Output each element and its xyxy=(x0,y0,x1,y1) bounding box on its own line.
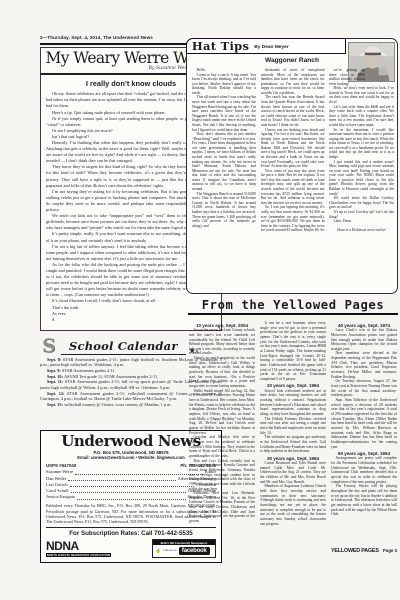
yellowed-paragraph: Wallis Smith turned 102 on Aug. 22. She … xyxy=(189,389,255,436)
yellowed-paragraph: Cassie Bouchard and Tyler Brandt were na… xyxy=(260,461,326,484)
dot-leader xyxy=(70,486,195,487)
ndna-logo: NDNA NORTH DAKOTA NEWSPAPER ASSOCIATION xyxy=(46,539,111,557)
yellowed-paragraph: Members of Augustana Lutheran Church hel… xyxy=(260,484,326,526)
yellowed-paragraph: On Tuesday afternoon, August 27, the fro… xyxy=(331,379,397,398)
yellowed-paragraph: 30 years ago, Sept. 1984 xyxy=(260,456,326,461)
yellowed-paragraph: School kids welcomed teachers are at the… xyxy=(260,389,326,417)
hat-tips-subhead: Waggoner Ranch xyxy=(217,57,367,64)
hat-tips-paragraph: Now, don’t dismiss this as just another … xyxy=(192,132,256,192)
facebook-like-label: Like us on xyxy=(163,549,177,552)
dot-leader xyxy=(77,499,186,500)
hat-tips-paragraph: I just reread this and it makes sense! M… xyxy=(329,160,394,197)
hat-tips-paragraph: So in the meantime, I would like someone… xyxy=(329,128,394,160)
yellowed-paragraph: 10 years ago, Sept. 2004 xyxy=(189,323,255,328)
yellowed-paragraph: It can be a real bummer when every singl… xyxy=(260,321,326,382)
yellowed-paragraph: Graydon and Marilyn Ash were in Dickinso… xyxy=(189,435,255,458)
hat-tips-col3: we’re getting up there close to $800 mil… xyxy=(329,68,394,292)
yellowed-col1: 10 years ago, Sept. 2004Six of the seven… xyxy=(189,321,255,559)
continuation-page-ref: Page 3 xyxy=(383,548,397,553)
hat-tips-paragraph: It’s up to you! Cowboy up! Let’s do this… xyxy=(329,210,394,219)
yellowed-paragraph: The volunteer art program got underway a… xyxy=(260,435,326,454)
yellowed-paragraph: Dan and Lori Gefroh recently had as gues… xyxy=(189,459,255,492)
ndna-logo-caption: NORTH DAKOTA NEWSPAPER ASSOCIATION xyxy=(46,553,111,557)
yellowed-paragraph: The Fairway Shows will be playing throug… xyxy=(331,484,397,517)
hat-tips-byline: By Dean Meyer xyxy=(254,42,288,50)
hat-tips-paragraph: The Waggoner Ranch is around 510,000 acr… xyxy=(192,192,256,229)
hat-tips-paragraph: I know you are shaking your heads and fi… xyxy=(261,128,325,169)
hat-tips-paragraph: Heck, we don’t even need to look. I’ve f… xyxy=(329,86,394,104)
thumbs-up-icon: ☝ xyxy=(155,548,161,554)
hat-tips-paragraph: This all started when I was watching the… xyxy=(192,95,256,132)
yellowed-paragraph: 40 years ago, Sept. 1974 xyxy=(331,323,397,328)
dot-leader xyxy=(75,474,203,475)
ndna-logo-text: NDNA xyxy=(46,539,111,553)
yellowed-paragraph: There’s so much negativity in the world … xyxy=(189,356,255,389)
yellowed-paragraph: Supt. Sam Tollefson of the Underwood sch… xyxy=(331,398,397,449)
hat-tips-paragraph: We could invite the Dallas Cowboy Cheerl… xyxy=(329,196,394,210)
hat-tips-paragraph: The ranch has won the Brenda Award from … xyxy=(261,95,325,127)
hat-tips-col2: thousands of acres of unexplored mineral… xyxy=(261,68,325,292)
continuation-tag: YELLOWED PAGES Page 3 xyxy=(331,548,397,554)
hat-tips-title: Hat Tips xyxy=(192,39,249,53)
hat-tips-paragraph: Now, some of you may shy away from the p… xyxy=(261,169,325,206)
yellowed-paragraph: Six of the seven McLean County schools m… xyxy=(189,328,255,356)
dot-leader xyxy=(71,492,186,493)
hat-tips-col1: Hello,I want to buy a ranch. A big ranch… xyxy=(192,68,256,292)
yellowed-paragraph: Larry Clark’s win at the last Dakota Mot… xyxy=(331,328,397,351)
hat-tips-header: Hat Tips By Dean Meyer xyxy=(186,38,346,54)
newspaper-page: { "colors": {"paper":"#f6f5f1","ink":"#1… xyxy=(0,0,400,600)
yellowed-pages-title: From the Yellowed Pages xyxy=(188,298,398,315)
yellowed-col3: 40 years ago, Sept. 1974Larry Clark’s wi… xyxy=(331,321,397,559)
school-emblem-icon: S xyxy=(40,337,58,355)
yellowed-paragraph: The Falkirk Farmers Elevator received ni… xyxy=(260,417,326,436)
page-folio: 2—Thursday, Sept. 4, 2014, The Underwood… xyxy=(40,35,153,40)
yellowed-col2: It can be a real bummer when every singl… xyxy=(260,321,326,559)
hat-tips-paragraph: So, I was just figuring this morning, it… xyxy=(261,205,325,232)
yellowed-paragraph: New members were elected at the Septembe… xyxy=(331,351,397,379)
school-calendar-title: School Calendar xyxy=(61,339,186,355)
yellowed-paragraph: 60 years ago, Sept. 1954 xyxy=(331,451,397,456)
yellowed-paragraph: Christiana Beil and Lou Brelandt, Bismar… xyxy=(189,491,255,524)
hat-tips-paragraph: Dean is a Dickinson area rancher xyxy=(329,228,394,232)
hat-tips-paragraph: Let’s just offer them the $600 and see i… xyxy=(329,105,394,128)
staff-name: Jessica Eastgate xyxy=(46,494,75,500)
photo-wrap-spacer xyxy=(365,68,394,83)
hat-tips-column-box: Hat Tips By Dean Meyer Waggoner Ranch He… xyxy=(186,38,398,294)
continuation-label: YELLOWED PAGES xyxy=(331,548,379,554)
hat-tips-col3-rest: Heck, we don’t even need to look. I’ve f… xyxy=(329,86,394,232)
hat-tips-paragraph: I want to buy a ranch. A big ranch. You … xyxy=(192,73,256,96)
usps-number: USPS #647040 xyxy=(46,463,76,468)
yellowed-paragraph: 20 years ago, Sept. 1994 xyxy=(260,383,326,388)
hat-tips-paragraph: thousands of acres of unexplored mineral… xyxy=(261,68,325,95)
dot-leader xyxy=(68,480,175,481)
yellowed-paragraph: Arrangements are pretty well complete fo… xyxy=(331,456,397,484)
